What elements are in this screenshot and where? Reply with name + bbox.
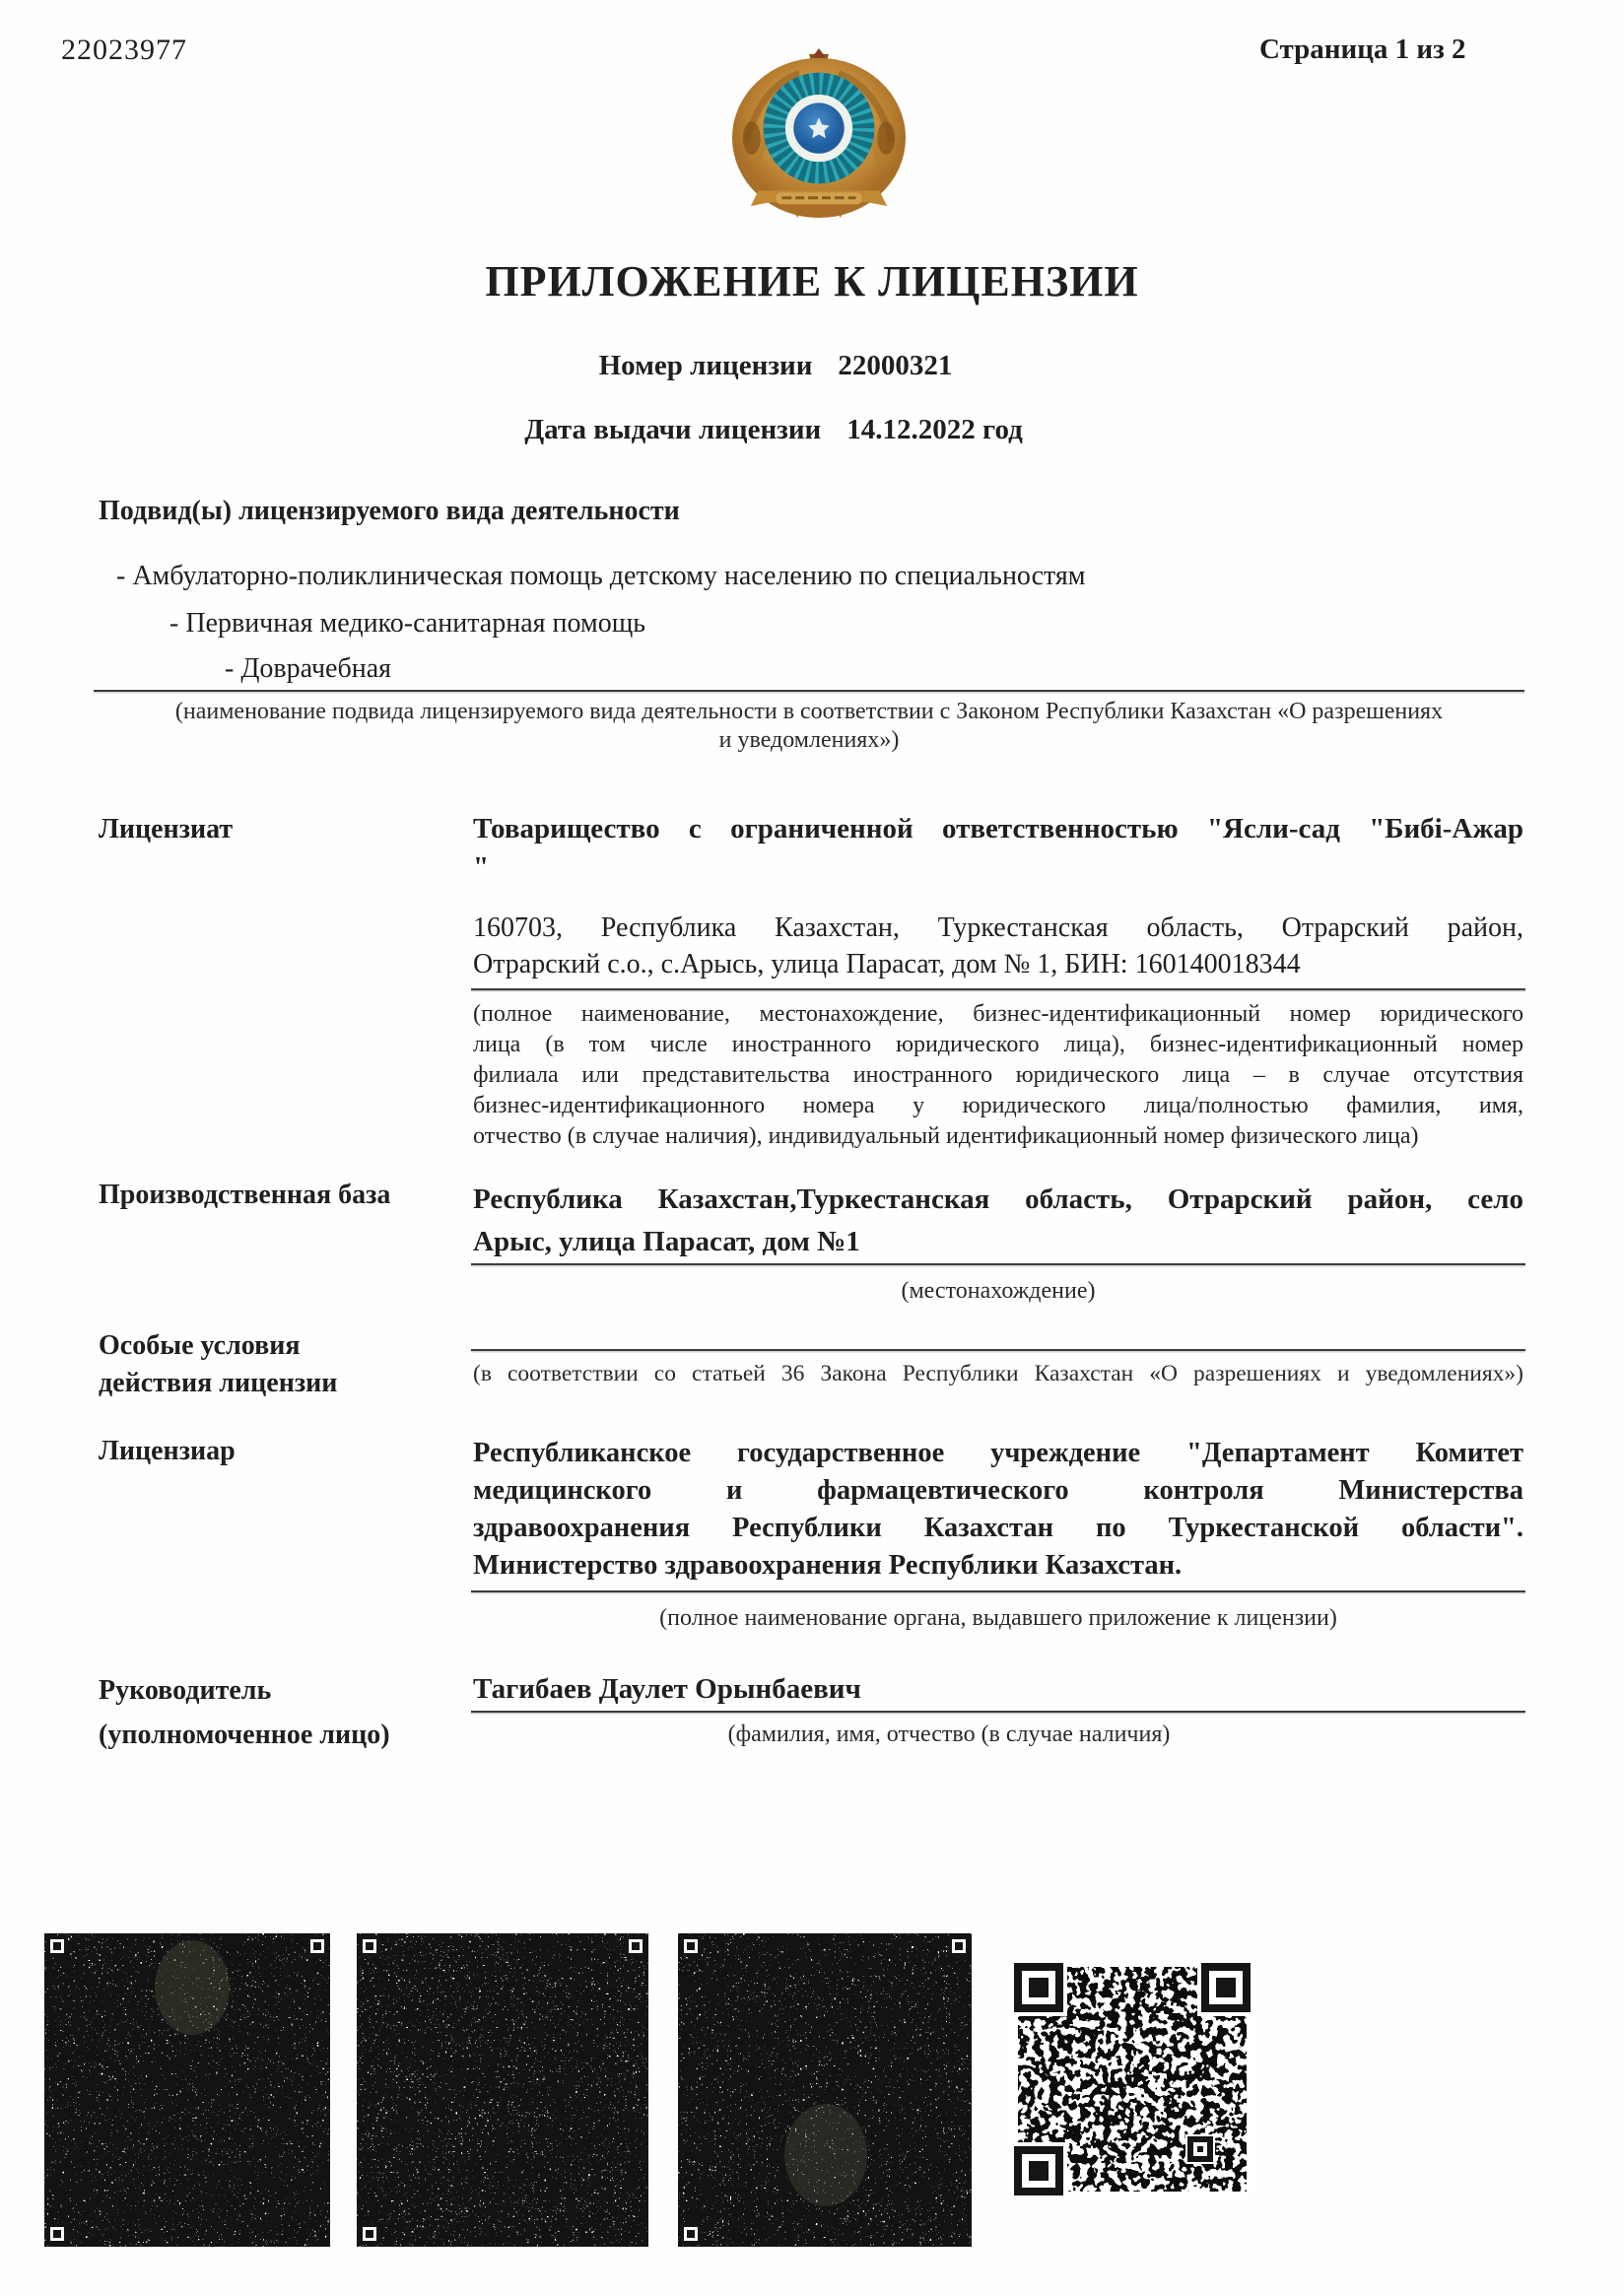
- divider: [94, 690, 1524, 692]
- licensee-footnote: филиала или представительства иностранно…: [473, 1060, 1523, 1091]
- issue-date-value: 14.12.2022 год: [846, 414, 1023, 445]
- licensee-address: Отрарский с.о., с.Арысь, улица Парасат, …: [473, 946, 1523, 982]
- license-number-row: Номер лицензии22000321: [0, 350, 1551, 382]
- doc-number: 22023977: [61, 34, 187, 67]
- divider: [471, 1711, 1525, 1713]
- licensee-footnote: бизнес-идентификационного номера у юриди…: [473, 1091, 1523, 1121]
- page-title: ПРИЛОЖЕНИЕ К ЛИЦЕНЗИИ: [0, 256, 1624, 306]
- licensee-footnote: лица (в том числе иностранного юридическ…: [473, 1030, 1523, 1060]
- production-base-value: Республика Казахстан,Туркестанская облас…: [473, 1179, 1523, 1221]
- head-footnote: (фамилия, имя, отчество (в случае наличи…: [473, 1722, 1425, 1748]
- subtype-item: - Амбулаторно-поликлиническая помощь дет…: [116, 561, 1086, 592]
- head-value: Тагибаев Даулет Орынбаевич: [473, 1673, 1523, 1706]
- licensee-footnote: (полное наименование, местонахождение, б…: [473, 999, 1523, 1030]
- head-label: (уполномоченное лицо): [99, 1720, 390, 1751]
- page-indicator: Страница 1 из 2: [1259, 34, 1466, 66]
- license-number-value: 22000321: [838, 350, 952, 381]
- qr-data-block-1: [44, 1933, 330, 2247]
- licensee-footnote: отчество (в случае наличия), индивидуаль…: [473, 1121, 1523, 1152]
- divider: [471, 1263, 1525, 1265]
- special-conditions-label: Особые условия: [99, 1330, 300, 1362]
- licensee-name-continuation: ": [473, 851, 1523, 884]
- licensor-value: здравоохранения Республики Казахстан по …: [473, 1510, 1523, 1547]
- issue-date-row: Дата выдачи лицензии14.12.2022 год: [0, 414, 1547, 446]
- issue-date-label: Дата выдачи лицензии: [524, 414, 821, 445]
- licensor-value: Республиканское государственное учрежден…: [473, 1435, 1523, 1472]
- subtype-item: - Первичная медико-санитарная помощь: [169, 608, 645, 640]
- production-base-value: Арыс, улица Парасат, дом №1: [473, 1221, 1523, 1263]
- licensor-value: медицинского и фармацевтического контрол…: [473, 1472, 1523, 1510]
- production-base-label: Производственная база: [99, 1180, 390, 1211]
- licensee-address: 160703, Республика Казахстан, Туркестанс…: [473, 910, 1523, 946]
- production-base-footnote: (местонахождение): [473, 1278, 1523, 1305]
- licensor-footnote: (полное наименование органа, выдавшего п…: [473, 1605, 1523, 1632]
- licensee-name: Товарищество с ограниченной ответственно…: [473, 804, 1523, 853]
- divider: [471, 1590, 1525, 1592]
- qr-code: [1012, 1961, 1252, 2197]
- subtypes-heading: Подвид(ы) лицензируемого вида деятельнос…: [99, 496, 680, 527]
- kazakhstan-coat-of-arms-icon: [731, 45, 907, 223]
- divider: [471, 988, 1525, 990]
- license-number-label: Номер лицензии: [599, 350, 813, 381]
- special-conditions-label: действия лицензии: [99, 1368, 337, 1399]
- subtype-item: - Доврачебная: [225, 653, 391, 685]
- qr-data-block-2: [357, 1933, 648, 2247]
- head-label: Руководитель: [99, 1675, 271, 1707]
- licensor-value: Министерство здравоохранения Республики …: [473, 1547, 1523, 1585]
- licensor-label: Лицензиар: [99, 1436, 236, 1467]
- special-conditions-footnote: (в соответствии со статьей 36 Закона Рес…: [473, 1361, 1523, 1387]
- license-appendix-page: 22023977 Страница 1 из 2: [0, 0, 1624, 2296]
- qr-data-block-3: [678, 1933, 972, 2247]
- divider: [471, 1349, 1525, 1351]
- subtypes-footnote: и уведомлениях»): [94, 727, 1524, 754]
- subtypes-footnote: (наименование подвида лицензируемого вид…: [94, 699, 1524, 725]
- licensee-label: Лицензиат: [99, 814, 233, 845]
